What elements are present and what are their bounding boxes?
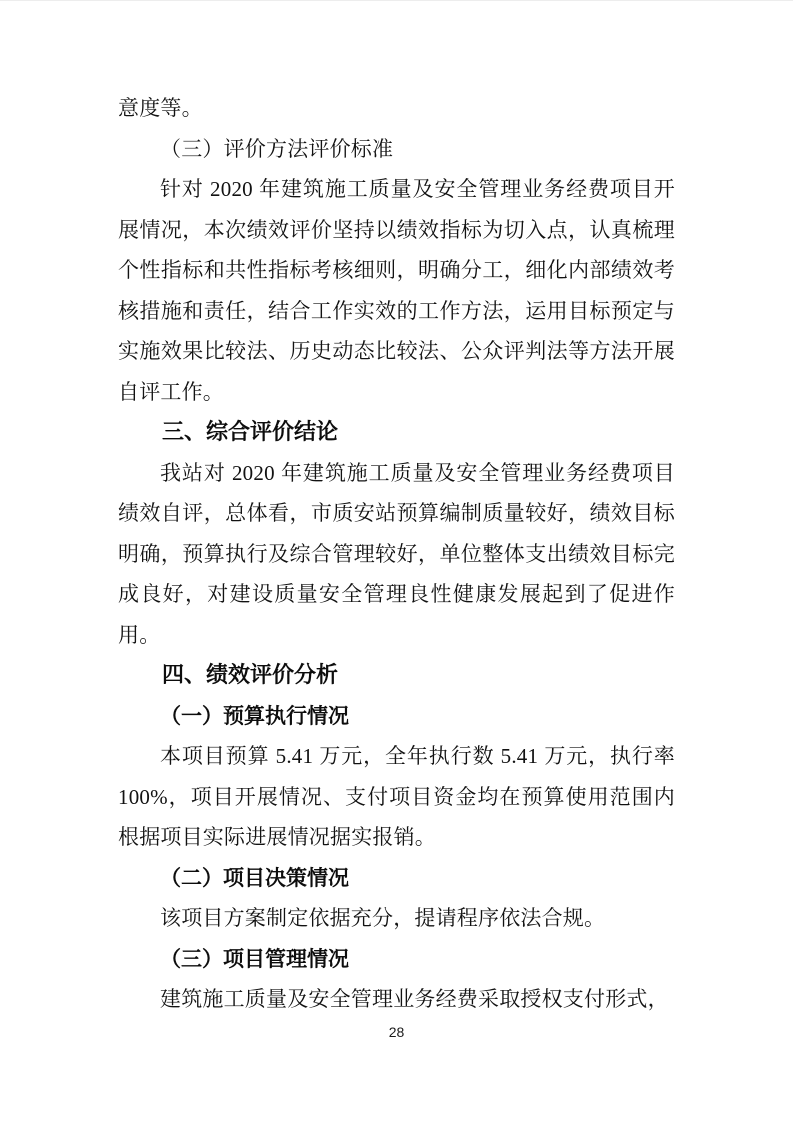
heading-project-management: （三）项目管理情况	[118, 939, 675, 980]
paragraph-comprehensive-conclusion: 我站对 2020 年建筑施工质量及安全管理业务经费项目绩效自评，总体看，市质安站…	[118, 453, 675, 656]
heading-project-decision: （二）项目决策情况	[118, 858, 675, 899]
subheading-evaluation-method: （三）评价方法评价标准	[118, 129, 675, 170]
paragraph-project-decision: 该项目方案制定依据充分，提请程序依法合规。	[118, 898, 675, 939]
heading-budget-execution: （一）预算执行情况	[118, 696, 675, 737]
page-number: 28	[0, 1022, 793, 1042]
heading-performance-analysis: 四、绩效评价分析	[118, 655, 675, 696]
paragraph-continuation: 意度等。	[118, 88, 675, 129]
paragraph-project-management: 建筑施工质量及安全管理业务经费采取授权支付形式，	[118, 979, 675, 1020]
document-page: 意度等。 （三）评价方法评价标准 针对 2020 年建筑施工质量及安全管理业务经…	[0, 0, 793, 1122]
paragraph-evaluation-method: 针对 2020 年建筑施工质量及安全管理业务经费项目开展情况，本次绩效评价坚持以…	[118, 169, 675, 412]
heading-comprehensive-conclusion: 三、综合评价结论	[118, 412, 675, 453]
paragraph-budget-execution: 本项目预算 5.41 万元，全年执行数 5.41 万元，执行率 100%，项目开…	[118, 736, 675, 858]
